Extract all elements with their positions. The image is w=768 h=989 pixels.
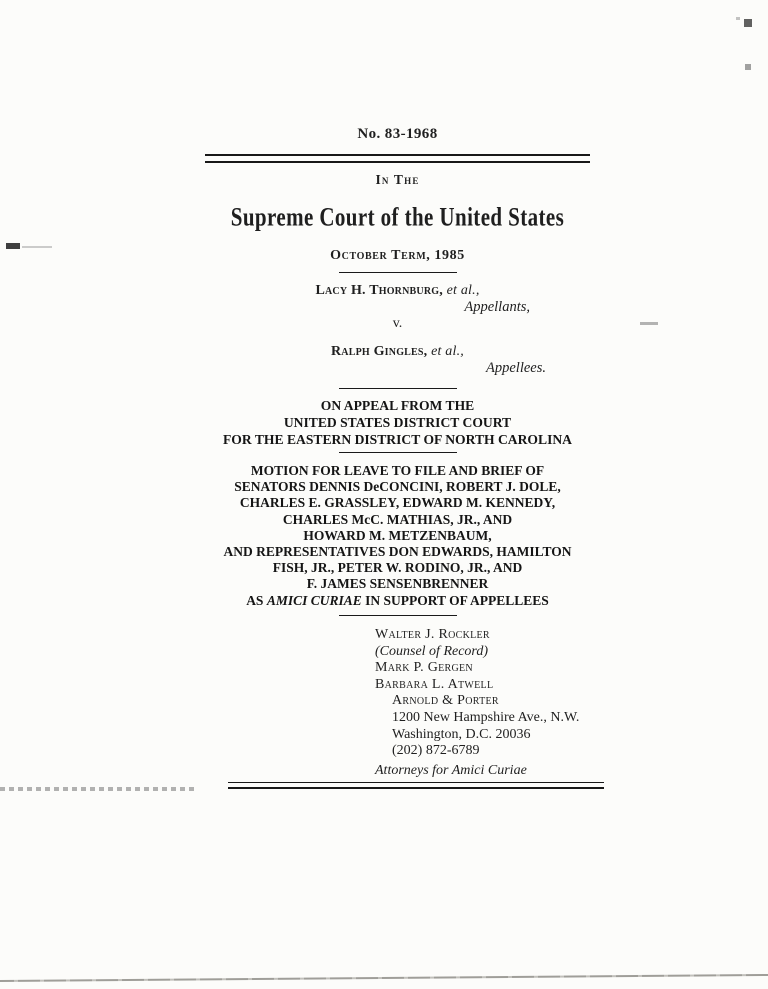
appellant-name: Lacy H. Thornburg, [315, 283, 442, 298]
scan-artifact-dash [640, 322, 658, 325]
in-the-label: In The [205, 172, 590, 188]
amici-curiae-italic: AMICI CURIAE [267, 593, 362, 608]
motion-heading-line: CHARLES McC. MATHIAS, JR., AND [192, 512, 603, 528]
support-prefix: AS [246, 593, 263, 608]
law-firm-name: Arnold & Porter [392, 693, 610, 710]
appeal-heading-line: UNITED STATES DISTRICT COURT [192, 414, 603, 431]
motion-heading-line: HOWARD M. METZENBAUM, [192, 528, 603, 544]
counsel-of-record-note: (Counsel of Record) [375, 644, 610, 661]
attorney-name: Barbara L. Atwell [375, 677, 610, 694]
appellee-etal: et al., [431, 344, 464, 359]
motion-heading: MOTION FOR LEAVE TO FILE AND BRIEF OF SE… [192, 463, 603, 609]
scan-artifact-speck [745, 64, 751, 70]
top-double-rule [205, 154, 590, 163]
appellees-label: Appellees. [205, 360, 590, 377]
term-label: October Term, 1985 [205, 248, 590, 264]
motion-heading-line: SENATORS DENNIS DeCONCINI, ROBERT J. DOL… [192, 479, 603, 495]
versus-label: v. [205, 316, 590, 332]
motion-heading-line: CHARLES E. GRASSLEY, EDWARD M. KENNEDY, [192, 495, 603, 511]
scan-artifact-dash [6, 243, 20, 249]
motion-heading-support-line: AS AMICI CURIAE IN SUPPORT OF APPELLEES [192, 593, 603, 609]
scan-artifact-dash [22, 246, 52, 248]
appeal-heading: ON APPEAL FROM THE UNITED STATES DISTRIC… [192, 397, 603, 449]
scan-artifact-line [0, 787, 196, 791]
separator-rule [339, 615, 457, 616]
address-line: Washington, D.C. 20036 [392, 727, 610, 744]
separator-rule [339, 452, 457, 453]
appellee-name: Ralph Gingles, [331, 344, 427, 359]
motion-heading-line: MOTION FOR LEAVE TO FILE AND BRIEF OF [192, 463, 603, 479]
appellant-etal: et al., [447, 283, 480, 298]
motion-heading-line: FISH, JR., PETER W. RODINO, JR., AND [192, 560, 603, 576]
docket-number: No. 83-1968 [205, 126, 590, 143]
appellee-party-line: Ralph Gingles, et al., [205, 344, 590, 360]
attorney-name: Mark P. Gergen [375, 660, 610, 677]
separator-rule [339, 388, 457, 389]
phone-number: (202) 872-6789 [392, 743, 610, 760]
scan-artifact-speck [744, 19, 752, 27]
motion-heading-line: AND REPRESENTATIVES DON EDWARDS, HAMILTO… [192, 544, 603, 560]
appellant-party-line: Lacy H. Thornburg, et al., [205, 283, 590, 299]
separator-rule [339, 272, 457, 273]
scan-artifact-speck [736, 17, 740, 20]
bottom-double-rule [228, 782, 604, 789]
appeal-heading-line: ON APPEAL FROM THE [192, 397, 603, 414]
support-suffix: IN SUPPORT OF APPELLEES [365, 593, 549, 608]
appellants-label: Appellants, [205, 299, 590, 316]
court-name-title: Supreme Court of the United States [205, 201, 590, 233]
attorneys-signature-line: Attorneys for Amici Curiae [375, 763, 610, 780]
counsel-block: Walter J. Rockler (Counsel of Record) Ma… [375, 627, 610, 779]
address-line: 1200 New Hampshire Ave., N.W. [392, 710, 610, 727]
scanned-brief-cover-page: No. 83-1968 In The Supreme Court of the … [0, 0, 768, 989]
text-column: No. 83-1968 In The Supreme Court of the … [205, 0, 590, 989]
counsel-of-record-name: Walter J. Rockler [375, 627, 610, 644]
appeal-heading-line: FOR THE EASTERN DISTRICT OF NORTH CAROLI… [192, 431, 603, 448]
motion-heading-line: F. JAMES SENSENBRENNER [192, 576, 603, 592]
